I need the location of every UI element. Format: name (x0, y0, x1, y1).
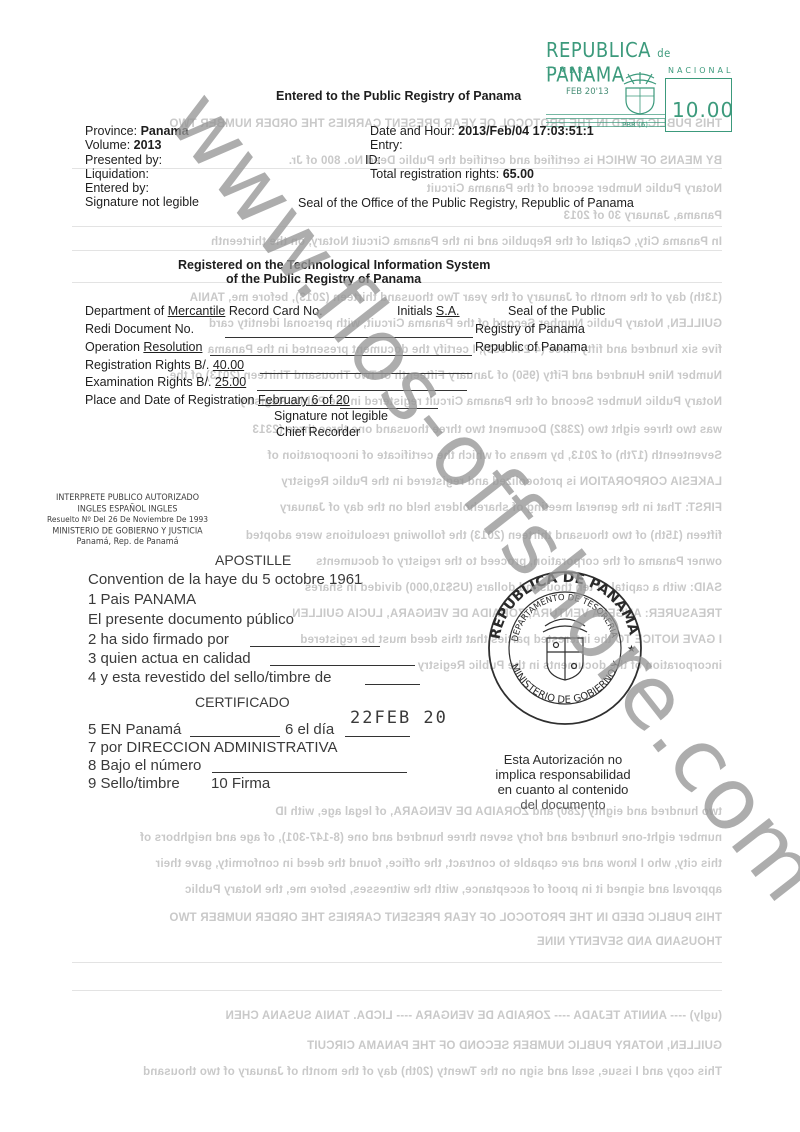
entry-left-row: Province: Panama (85, 124, 199, 138)
examination-rights-line (257, 390, 467, 391)
apostille-item1: 1 Pais PANAMA (88, 591, 196, 608)
apostille-item4: 4 y esta revestido del sello/timbre de (88, 669, 331, 686)
registered-title-line2: of the Public Registry of Panama (226, 272, 421, 286)
apostille-item7: 7 por DIRECCION ADMINISTRATIVA (88, 739, 338, 756)
interpreter-line1: INTERPRETE PUBLICO AUTORIZADO (20, 493, 235, 504)
bleed-through-rule (72, 990, 722, 991)
seal-public-line3: Republic of Panama (475, 340, 588, 354)
ministry-round-seal: REPUBLICA DE PANAMA DEPARTAMENTO DE TESO… (487, 570, 643, 726)
apostille-item9: 9 Sello/timbre (88, 775, 180, 792)
bleed-through-rule (72, 250, 722, 251)
apostille-present: El presente documento público (88, 611, 294, 628)
interpreter-stamp: INTERPRETE PUBLICO AUTORIZADO INGLES ESP… (20, 493, 235, 548)
disclaimer-line1: Esta Autorización no (468, 752, 658, 767)
disclaimer-line3: en cuanto al contenido (468, 782, 658, 797)
apostille-item4-line (365, 684, 420, 685)
bleed-through-line: In Panama City, Capital of the Republic … (72, 236, 722, 254)
entry-label: Entry: (370, 138, 403, 152)
operation-underline (210, 355, 472, 356)
interpreter-line4: MINISTERIO DE GOBIERNO Y JUSTICIA (20, 526, 235, 537)
signature-not-legible: Signature not legible (274, 409, 388, 423)
apostille-certificado: CERTIFICADO (195, 694, 290, 710)
operation-line: Operation Resolution (85, 340, 202, 354)
redi-document-label: Redi Document No. (85, 322, 194, 336)
bleed-through-line: THIS PUBLIC DEED IN THE PROTOCOL OF YEAR… (72, 912, 722, 930)
document-title: Entered to the Public Registry of Panama (276, 89, 521, 103)
entry-left-column: Province: PanamaVolume: 2013Presented by… (85, 124, 199, 210)
bleed-through-line: LAKESIA CORPORATION is protocolized and … (72, 476, 722, 494)
bleed-through-line: (ugly) ---- ANNITA TEJADA ---- ZORAIDA D… (72, 1010, 722, 1028)
total-registration-rights: Total registration rights: 65.00 (370, 167, 534, 181)
bleed-through-line: GUILLEN, NOTARY PUBLIC NUMBER SECOND OF … (72, 1040, 722, 1058)
chief-recorder: Chief Recorder (276, 425, 360, 439)
apostille-convention: Convention de la haye du 5 octobre 1961 (88, 571, 362, 588)
stamp-nacional: NACIONAL (668, 66, 733, 75)
apostille-item8: 8 Bajo el número (88, 757, 201, 774)
entry-left-row: Signature not legible (85, 195, 199, 209)
apostille-item5: 5 EN Panamá (88, 721, 181, 738)
initials: Initials S.A. (397, 304, 460, 318)
entry-left-row: Presented by: (85, 153, 199, 167)
seal-public-line2: Registry of Panama (475, 322, 585, 336)
stamp-date: FEB 20'13 (566, 87, 609, 97)
coat-of-arms-icon (543, 619, 587, 680)
apostille-item8-line (212, 772, 407, 773)
stamp-footer: PBR (6) (622, 121, 648, 129)
department-line: Department of Mercantile Record Card No. (85, 304, 323, 318)
stamp-value: 10.00 (672, 98, 734, 122)
bleed-through-line: THOUSAND AND SEVENTY NINE (72, 936, 722, 954)
bleed-through-line: This copy and I issue, seal and sign on … (72, 1066, 722, 1084)
bleed-through-line: approval and signed it in proof of accep… (72, 884, 722, 902)
apostille-title: APOSTILLE (215, 552, 291, 568)
entry-left-row: Volume: 2013 (85, 138, 199, 152)
apostille-item3-line (270, 665, 415, 666)
authorization-disclaimer: Esta Autorización no implica responsabil… (468, 752, 658, 812)
apostille-item6: 6 el día (285, 721, 334, 738)
apostille-item5-line (190, 736, 280, 737)
seal-public-line1: Seal of the Public (508, 304, 605, 318)
stamp-timbre: TIMBRE (546, 66, 594, 75)
bleed-through-line: this city, who I know and are capable to… (72, 858, 722, 876)
revenue-stamp: REPUBLICA de PANAMA TIMBRE NACIONAL FEB … (540, 42, 755, 134)
redi-document-line (225, 337, 473, 338)
apostille-item10: 10 Firma (211, 775, 270, 792)
interpreter-line5: Panamá, Rep. de Panamá (20, 537, 235, 548)
bleed-through-rule (72, 226, 722, 227)
id-label: ID: (365, 153, 381, 167)
coat-of-arms-icon (620, 70, 660, 116)
seal-inner-text: DEPARTAMENTO DE TESORERIA (510, 593, 618, 643)
examination-rights: Examination Rights B/. 25.00 (85, 375, 246, 389)
bleed-through-line: was two three eight two (2382) Document … (72, 424, 722, 442)
document-page: THIS PUBLIC DEED IN THE PROTOCOL OF YEAR… (0, 0, 800, 1132)
registration-rights-line (260, 373, 472, 374)
date-hour: Date and Hour: 2013/Feb/04 17:03:51:1 (370, 124, 594, 138)
apostille-item6-line (345, 736, 410, 737)
disclaimer-line4: del documento (468, 797, 658, 812)
interpreter-line3: Resuelto Nº Del 26 De Noviembre De 1993 (20, 515, 235, 526)
interpreter-line2: INGLES ESPAÑOL INGLES (20, 504, 235, 515)
place-date-registration: Place and Date of Registration February … (85, 393, 350, 407)
apostille-item2-line (250, 646, 380, 647)
svg-text:★: ★ (627, 644, 636, 655)
registered-title-line1: Registered on the Technological Informat… (178, 258, 490, 272)
apostille-item3: 3 quien actua en calidad (88, 650, 251, 667)
apostille-item2: 2 ha sido firmado por (88, 631, 229, 648)
entry-left-row: Liquidation: (85, 167, 199, 181)
disclaimer-line2: implica responsabilidad (468, 767, 658, 782)
svg-text:DEPARTAMENTO DE TESORERIA: DEPARTAMENTO DE TESORERIA (510, 593, 618, 643)
apostille-stamp-date: 22FEB 20 (350, 708, 448, 728)
entry-left-row: Entered by: (85, 181, 199, 195)
registry-seal-text: Seal of the Office of the Public Registr… (298, 196, 634, 210)
bleed-through-line: Seventeenth (17th) of 2013, by means of … (72, 450, 722, 468)
bleed-through-line: number eight-one hundred and forty seven… (72, 832, 722, 850)
registration-rights: Registration Rights B/. 40.00 (85, 358, 244, 372)
bleed-through-rule (72, 962, 722, 963)
